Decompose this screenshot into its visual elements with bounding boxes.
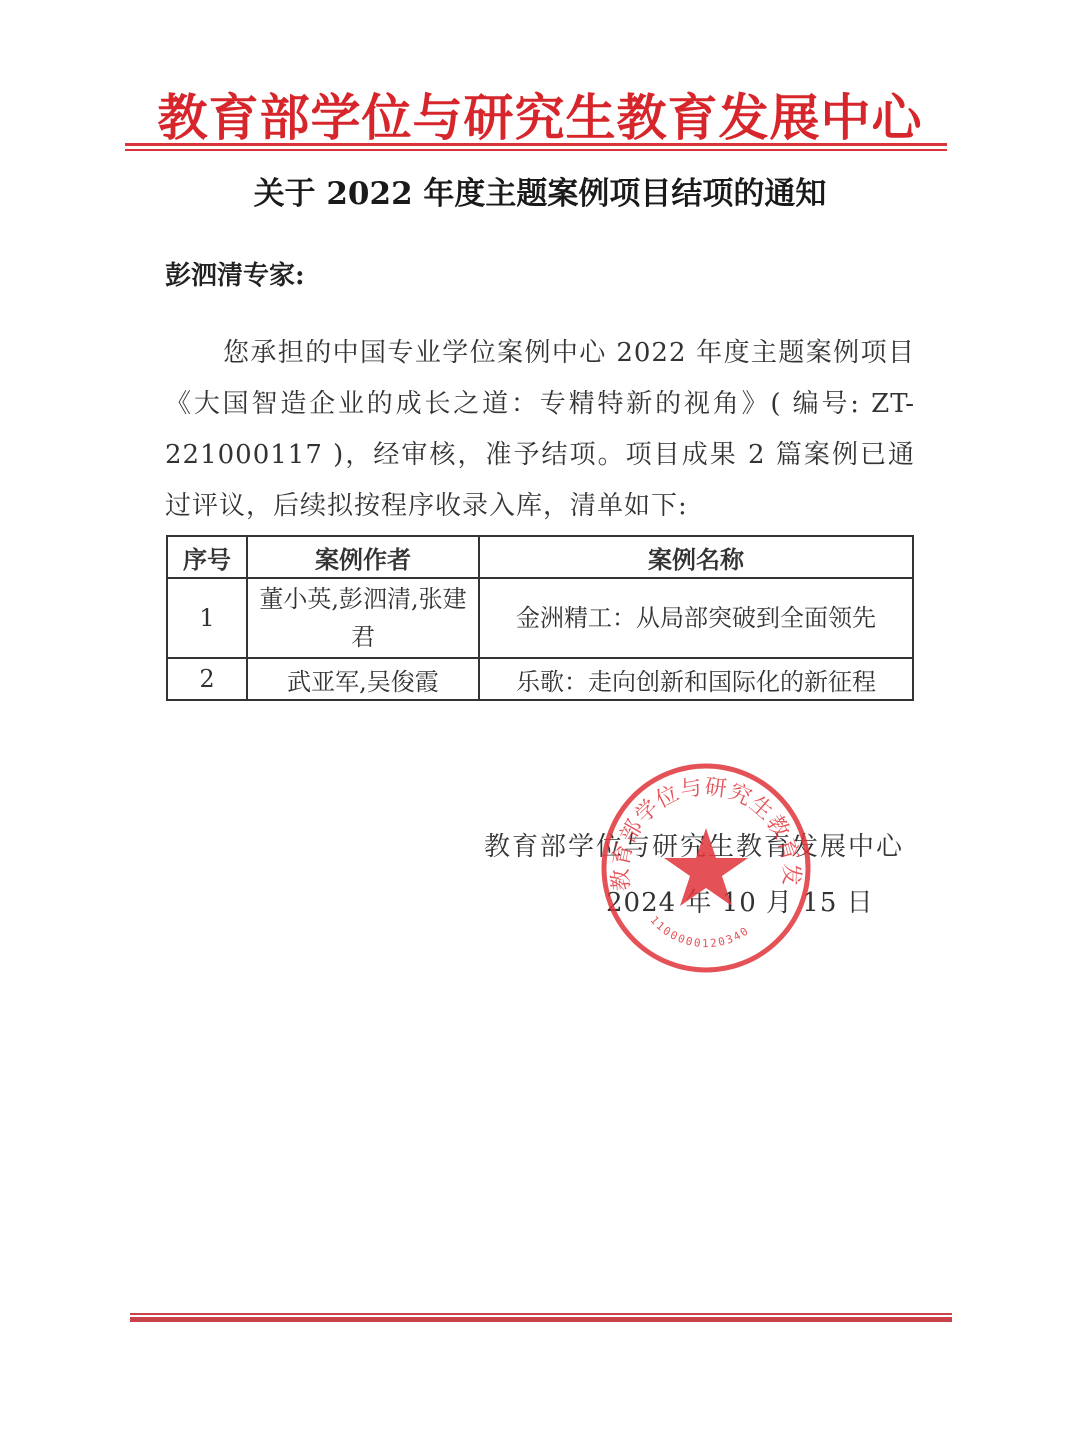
header-title: 案例名称 bbox=[479, 536, 913, 578]
salutation: 彭泗清专家: bbox=[165, 255, 305, 292]
official-seal-icon: 教育部学位与研究生教育发展中心 1100000120340 bbox=[598, 760, 814, 976]
cell-authors: 董小英,彭泗清,张建君 bbox=[247, 578, 479, 658]
document-title: 关于 2022 年度主题案例项目结项的通知 bbox=[0, 168, 1080, 213]
svg-text:1100000120340: 1100000120340 bbox=[647, 914, 752, 951]
header-authors: 案例作者 bbox=[247, 536, 479, 578]
cell-title: 乐歌：走向创新和国际化的新征程 bbox=[479, 658, 913, 700]
table-header-row: 序号 案例作者 案例名称 bbox=[167, 536, 913, 578]
seal-star-icon bbox=[664, 828, 748, 906]
cell-title: 金洲精工：从局部突破到全面领先 bbox=[479, 578, 913, 658]
case-table: 序号 案例作者 案例名称 1 董小英,彭泗清,张建君 金洲精工：从局部突破到全面… bbox=[166, 535, 914, 701]
header-no: 序号 bbox=[167, 536, 247, 578]
header-rule-thick bbox=[125, 143, 947, 146]
table-row: 2 武亚军,吴俊霞 乐歌：走向创新和国际化的新征程 bbox=[167, 658, 913, 700]
body-paragraph: 您承担的中国专业学位案例中心 2022 年度主题案例项目《大国智造企业的成长之道… bbox=[165, 328, 915, 532]
cell-authors: 武亚军,吴俊霞 bbox=[247, 658, 479, 700]
cell-no: 1 bbox=[167, 578, 247, 658]
letterhead-title: 教育部学位与研究生教育发展中心 bbox=[120, 78, 960, 150]
header-rule-thin bbox=[125, 149, 947, 151]
table-row: 1 董小英,彭泗清,张建君 金洲精工：从局部突破到全面领先 bbox=[167, 578, 913, 658]
cell-no: 2 bbox=[167, 658, 247, 700]
footer-rule-thick bbox=[130, 1317, 952, 1322]
footer-rule-thin bbox=[130, 1313, 952, 1315]
seal-code: 1100000120340 bbox=[647, 914, 752, 951]
